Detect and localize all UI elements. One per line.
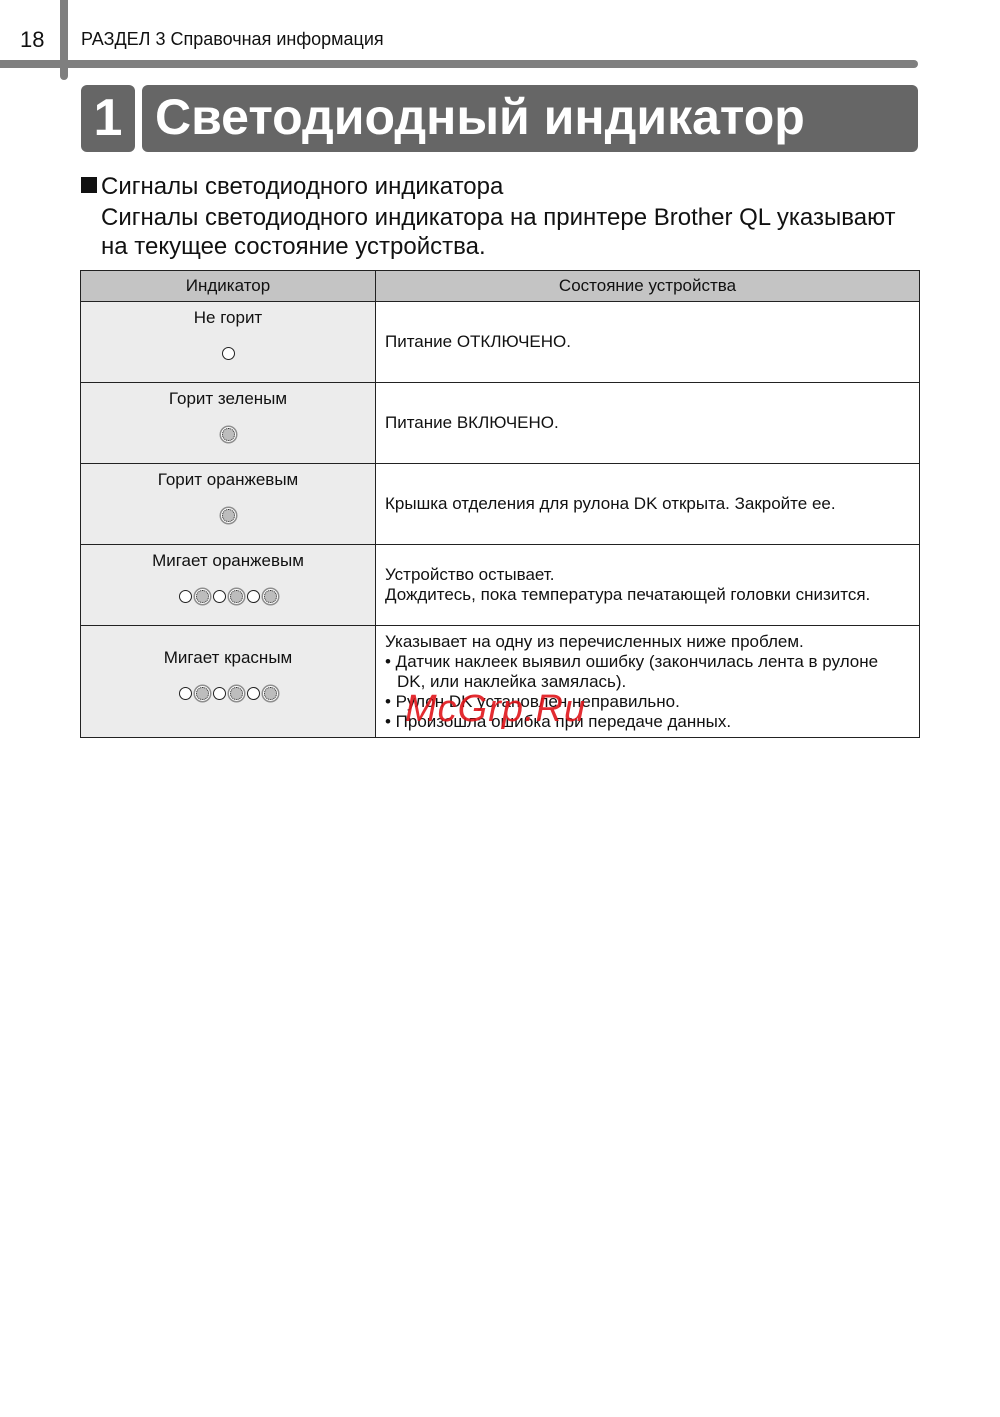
led-lit-icon — [230, 590, 243, 603]
led-off-icon — [179, 590, 192, 603]
led-lit-icon — [264, 590, 277, 603]
table-row: Не горитПитание ОТКЛЮЧЕНО. — [81, 302, 920, 383]
led-lit-icon — [230, 687, 243, 700]
column-header-indicator: Индикатор — [81, 271, 376, 302]
led-pattern — [81, 423, 375, 445]
led-lit-icon — [222, 509, 235, 522]
status-cell: Устройство остывает.Дождитесь, пока темп… — [376, 545, 920, 626]
watermark: McGrp.Ru — [405, 688, 586, 731]
square-bullet-icon — [81, 177, 97, 193]
led-lit-icon — [222, 428, 235, 441]
led-lit-icon — [264, 687, 277, 700]
indicator-label: Горит зеленым — [81, 389, 375, 409]
status-cell: Питание ВКЛЮЧЕНО. — [376, 383, 920, 464]
table-row: Горит зеленымПитание ВКЛЮЧЕНО. — [81, 383, 920, 464]
header-vertical-rule — [60, 0, 68, 80]
led-pattern — [81, 342, 375, 364]
status-line: Указывает на одну из перечисленных ниже … — [385, 632, 910, 652]
page-number: 18 — [20, 27, 44, 53]
header-horizontal-rule — [0, 60, 918, 68]
section-title: РАЗДЕЛ 3 Справочная информация — [81, 29, 384, 50]
led-lit-icon — [196, 687, 209, 700]
status-line: Крышка отделения для рулона DK открыта. … — [385, 494, 910, 514]
table-row: Мигает оранжевымУстройство остывает.Дожд… — [81, 545, 920, 626]
indicator-cell: Мигает оранжевым — [81, 545, 376, 626]
led-lit-icon — [196, 590, 209, 603]
chapter-title: Светодиодный индикатор — [142, 85, 918, 152]
led-pattern — [81, 682, 375, 704]
led-off-icon — [247, 687, 260, 700]
led-pattern — [81, 504, 375, 526]
indicator-cell: Не горит — [81, 302, 376, 383]
led-off-icon — [247, 590, 260, 603]
status-line: Устройство остывает. — [385, 565, 910, 585]
indicator-cell: Горит зеленым — [81, 383, 376, 464]
indicator-cell: Горит оранжевым — [81, 464, 376, 545]
indicator-label: Не горит — [81, 308, 375, 328]
indicator-label: Мигает оранжевым — [81, 551, 375, 571]
indicator-label: Горит оранжевым — [81, 470, 375, 490]
status-cell: Крышка отделения для рулона DK открыта. … — [376, 464, 920, 545]
indicator-label: Мигает красным — [81, 648, 375, 668]
intro-paragraph: Сигналы светодиодного индикатора на прин… — [101, 203, 901, 261]
table-row: Горит оранжевымКрышка отделения для руло… — [81, 464, 920, 545]
led-signal-table: Индикатор Состояние устройства Не горитП… — [80, 270, 920, 738]
chapter-number: 1 — [81, 85, 135, 152]
led-off-icon — [179, 687, 192, 700]
column-header-status: Состояние устройства — [376, 271, 920, 302]
led-pattern — [81, 585, 375, 607]
led-off-icon — [213, 687, 226, 700]
status-line: • Датчик наклеек выявил ошибку (закончил… — [385, 652, 910, 692]
status-cell: Питание ОТКЛЮЧЕНО. — [376, 302, 920, 383]
status-line: Питание ВКЛЮЧЕНО. — [385, 413, 910, 433]
indicator-cell: Мигает красным — [81, 626, 376, 738]
subheading-text: Сигналы светодиодного индикатора — [101, 173, 503, 200]
status-line: Дождитесь, пока температура печатающей г… — [385, 585, 910, 605]
led-off-icon — [213, 590, 226, 603]
led-off-icon — [222, 347, 235, 360]
status-line: Питание ОТКЛЮЧЕНО. — [385, 332, 910, 352]
subheading: Сигналы светодиодного индикатора — [81, 173, 503, 201]
